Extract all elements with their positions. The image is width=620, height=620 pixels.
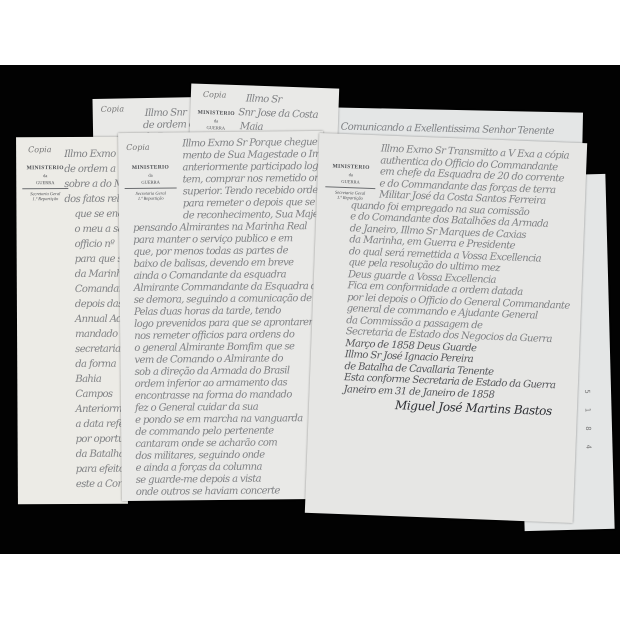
handwriting-line: este a Corrigir xyxy=(76,479,128,490)
signature: Miguel José Martins Bastos xyxy=(395,398,552,418)
letterhead-department: GUERRA xyxy=(20,180,70,185)
handwriting-line: anteriormente participado logo na data xyxy=(182,161,327,174)
handwriting-line: para efeito xyxy=(76,464,125,475)
handwriting-line: onde outros se haviam concerte xyxy=(136,485,280,498)
letterhead-title: MINISTERIO xyxy=(196,110,236,117)
letterhead-division: 1.ª Repartição xyxy=(123,195,179,201)
handwriting-line: baixo de balisas, devendo em breve xyxy=(133,257,293,270)
handwriting-line: pensando Almirantes na Marinha Real xyxy=(133,221,307,234)
handwriting-line: encontrasse na forma do mandado xyxy=(135,389,292,402)
handwriting-line: por oportunidade xyxy=(76,434,128,445)
handwriting-line: se guarde-me depois a vista xyxy=(136,474,261,486)
handwriting-line: de commando pelo pertenente xyxy=(135,425,273,437)
handwriting-line: para remeter o depois que se achar na xyxy=(183,197,327,210)
handwriting-line: Illmo Exmo Sr Porque chegue ao conhecime… xyxy=(182,136,327,149)
handwriting-line: Illmo Snr xyxy=(145,107,187,119)
handwriting-line: se demora, seguindo a comunicação de xyxy=(134,293,312,306)
handwriting-line: Campos xyxy=(75,389,112,400)
letterhead-of: da xyxy=(20,173,70,178)
letterhead-title: MINISTERIO xyxy=(324,163,378,171)
letterhead: MINISTERIO da GUERRA Secretaria Geral 1.… xyxy=(122,164,178,201)
handwriting-line: para manter o serviço publico e em xyxy=(133,233,292,246)
letterhead-of: da xyxy=(122,172,178,178)
letterhead-of: da xyxy=(196,118,236,124)
handwriting-line: cantaram onde se acharão com xyxy=(135,437,277,449)
handwriting-line: fez o General cuidar da sua xyxy=(135,402,258,414)
handwriting-line: Almirante Commandante da Esquadra de xyxy=(134,281,322,294)
document-left: Copia MINISTERIO da GUERRA Secretaria Ge… xyxy=(16,137,128,505)
handwriting-line: ordem inferior ao armamento das xyxy=(135,377,287,390)
letterhead-title: MINISTERIO xyxy=(20,165,70,171)
handwriting-line: sob a direção da Armada do Brasil xyxy=(135,365,290,378)
letterhead: MINISTERIO da GUERRA Secretaria Geral 1.… xyxy=(20,165,70,201)
handwriting-line: de reconhecimento, Sua Majestade xyxy=(183,209,327,222)
document-middle: Copia MINISTERIO da GUERRA Secretaria Ge… xyxy=(118,131,327,501)
handwriting-line: Illmo Sr xyxy=(246,93,282,105)
handwriting-line: da forma xyxy=(75,359,116,370)
handwriting-line: vem de Comando o Almirante do xyxy=(134,353,283,366)
handwriting-line: o general Almirante Bomfim que se xyxy=(134,341,294,354)
handwriting-line: nos remeter officios para ordens do xyxy=(134,329,294,342)
handwriting-line: que, por menos todas as partes de xyxy=(133,245,288,258)
handwriting-line: tem, comprar nos remetido ordem superior xyxy=(183,172,327,185)
letterhead-title: MINISTERIO xyxy=(122,164,178,171)
handwriting-line: a data referida xyxy=(76,419,128,430)
handwriting-line: superior. Tendo recebido ordem do povo xyxy=(183,185,327,198)
copia-annotation: Copia xyxy=(101,104,125,113)
handwriting-line: e ainda a forças da columna xyxy=(136,462,262,474)
copia-annotation: Copia xyxy=(28,145,51,154)
handwriting-line: Bahia xyxy=(75,374,101,385)
handwriting-line: mento de Sua Magestade o Imperador xyxy=(182,149,327,162)
handwriting-line: officio nº xyxy=(75,239,115,250)
handwriting-line: logo prevenidos para que se aprontarem xyxy=(134,317,317,330)
handwriting-line: Snr Jose da Costa xyxy=(238,107,318,121)
letterhead: MINISTERIO da GUERRA Secretaria Geral 1.… xyxy=(323,163,378,201)
handwriting-line: depois das xyxy=(75,299,123,310)
copia-annotation: Copia xyxy=(126,143,149,152)
letterhead-department: GUERRA xyxy=(123,179,179,185)
handwriting-line: dos militares, seguindo onde xyxy=(135,450,264,462)
handwriting-line: Pelas duas horas da tarde, tendo xyxy=(134,305,281,318)
handwriting-line: ainda o Comandante da esquadra xyxy=(134,269,286,282)
document-front: MINISTERIO da GUERRA Secretaria Geral 1.… xyxy=(305,133,587,523)
handwriting-line: da Batalha de xyxy=(76,449,128,460)
letterhead-department: GUERRA xyxy=(196,125,236,131)
letterhead-department: GUERRA xyxy=(323,178,377,185)
handwriting-line: mandado a xyxy=(75,329,125,340)
copia-annotation: Copia xyxy=(203,90,227,100)
archive-stamp: 5 1 8 4 xyxy=(583,389,593,454)
letterhead: MINISTERIO da GUERRA xyxy=(196,110,237,131)
handwriting-line: e pondo se em marcha na vanguarda xyxy=(135,413,303,426)
letterhead-division: 1.ª Repartição xyxy=(20,196,70,201)
letterhead-of: da xyxy=(324,171,378,178)
